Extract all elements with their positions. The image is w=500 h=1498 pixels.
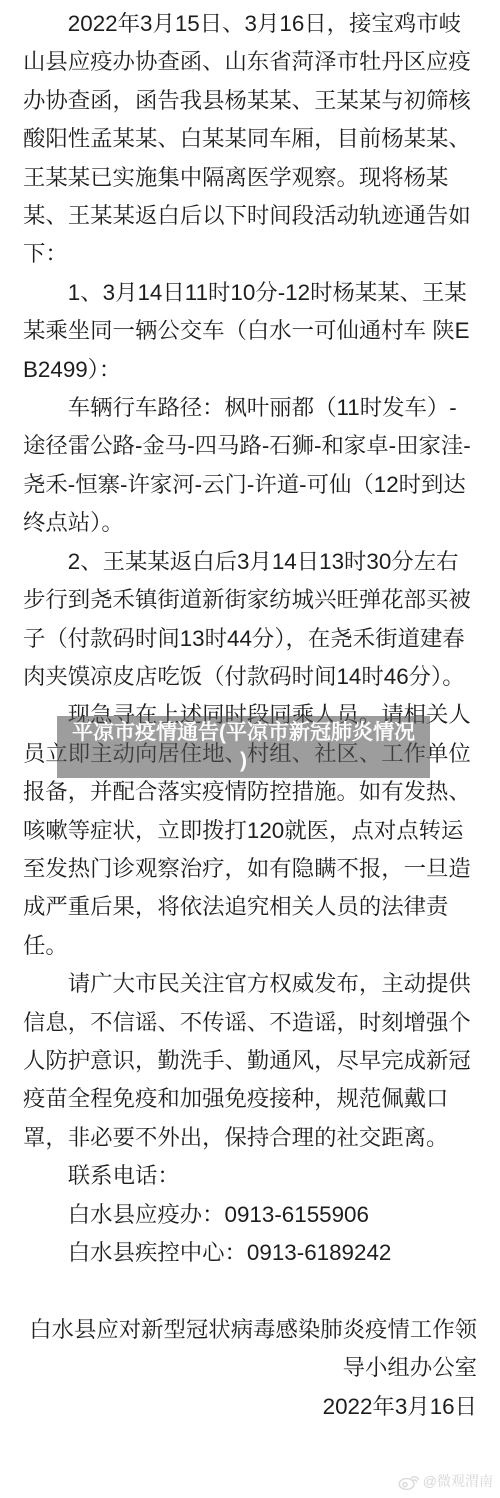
title-overlay: 平凉市疫情通告(平凉市新冠肺炎情况 ) xyxy=(57,716,430,778)
paragraph-wang-activity: 2、王某某返白后3月14日13时30分左右步行到尧禾镇街道新街家纺城兴旺弹花部买… xyxy=(23,543,477,697)
watermark-handle: @微观渭南 xyxy=(423,1471,493,1491)
paragraph-contact-label: 联系电话： xyxy=(23,1157,477,1195)
watermark: @微观渭南 xyxy=(398,1471,493,1491)
overlay-title-line2: ) xyxy=(57,747,430,775)
paragraph-intro: 2022年3月15日、3月16日，接宝鸡市岐山县应疫办协查函、山东省菏泽市牡丹区… xyxy=(23,5,477,274)
paragraph-public-advice: 请广大市民关注官方权威发布，主动提供信息，不信谣、不传谣、不造谣，时刻增强个人防… xyxy=(23,965,477,1157)
paragraph-phone-cdc: 白水县疾控中心：0913-6189242 xyxy=(23,1234,477,1272)
blank-line xyxy=(23,1272,477,1310)
signature-office: 白水县应对新型冠状病毒感染肺炎疫情工作领导小组办公室 xyxy=(23,1311,477,1388)
notice-body: 2022年3月15日、3月16日，接宝鸡市岐山县应疫办协查函、山东省菏泽市牡丹区… xyxy=(0,0,500,1426)
signature-date: 2022年3月16日 xyxy=(23,1388,477,1426)
notice-page: 2022年3月15日、3月16日，接宝鸡市岐山县应疫办协查函、山东省菏泽市牡丹区… xyxy=(0,0,500,1498)
paragraph-bus-trip: 1、3月14日11时10分-12时杨某某、王某某乘坐同一辆公交车（白水一可仙通村… xyxy=(23,274,477,389)
overlay-title-line1: 平凉市疫情通告(平凉市新冠肺炎情况 xyxy=(57,719,430,747)
paragraph-phone-epidemic-office: 白水县应疫办：0913-6155906 xyxy=(23,1196,477,1234)
paragraph-bus-route: 车辆行车路径：枫叶丽都（11时发车）-途径雷公路-金马-四马路-石狮-和家卓-田… xyxy=(23,389,477,543)
weibo-logo-icon xyxy=(398,1472,420,1491)
